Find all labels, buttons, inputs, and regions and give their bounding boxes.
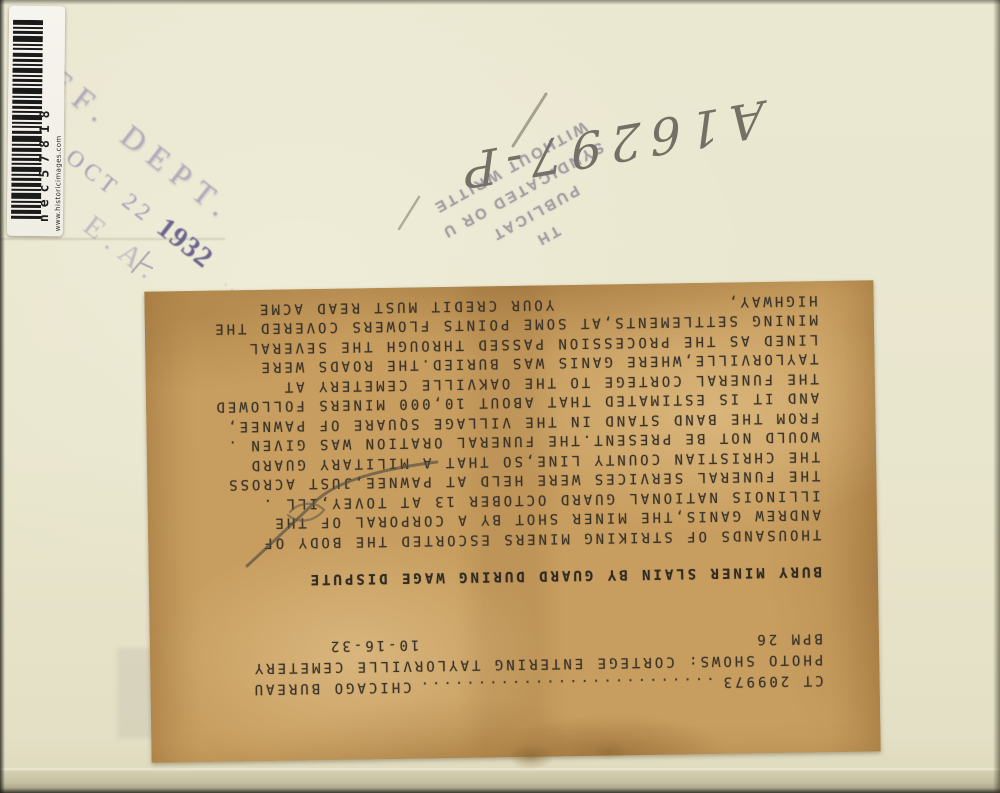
- dotted-leader: ..........................: [417, 674, 714, 695]
- caption-id-code: CT 209973: [721, 672, 824, 690]
- caption-body: THOUSANDS OF STRIKING MINERS ESCORTED TH…: [165, 309, 822, 553]
- caption-label-content: CT 209973..........................CHICA…: [144, 280, 880, 762]
- caption-date: 10-16-32: [328, 636, 420, 653]
- barcode-sticker: nec57818 www.historicimages.com: [7, 6, 65, 237]
- adhesive-residue: [117, 648, 153, 738]
- barcode-website: www.historicimages.com: [54, 46, 64, 231]
- caption-ref-code: BPM 26: [754, 630, 823, 647]
- caption-body-last-word: HIGHWAY,: [726, 292, 818, 309]
- barcode-number: nec57818: [37, 24, 54, 222]
- photo-bottom-edge: [0, 768, 1000, 793]
- press-photo-back: REF. DEPT. OCT 22 1932 .... E.A.: [0, 0, 1000, 793]
- caption-headline: BURY MINER SLAIN BY GUARD DURING WAGE DI…: [169, 560, 822, 591]
- caption-label: CT 209973..........................CHICA…: [144, 280, 880, 762]
- caption-credit: YOUR CREDIT MUST READ ACME: [257, 296, 554, 317]
- caption-bureau: CHICAGO BUREAU: [251, 679, 411, 698]
